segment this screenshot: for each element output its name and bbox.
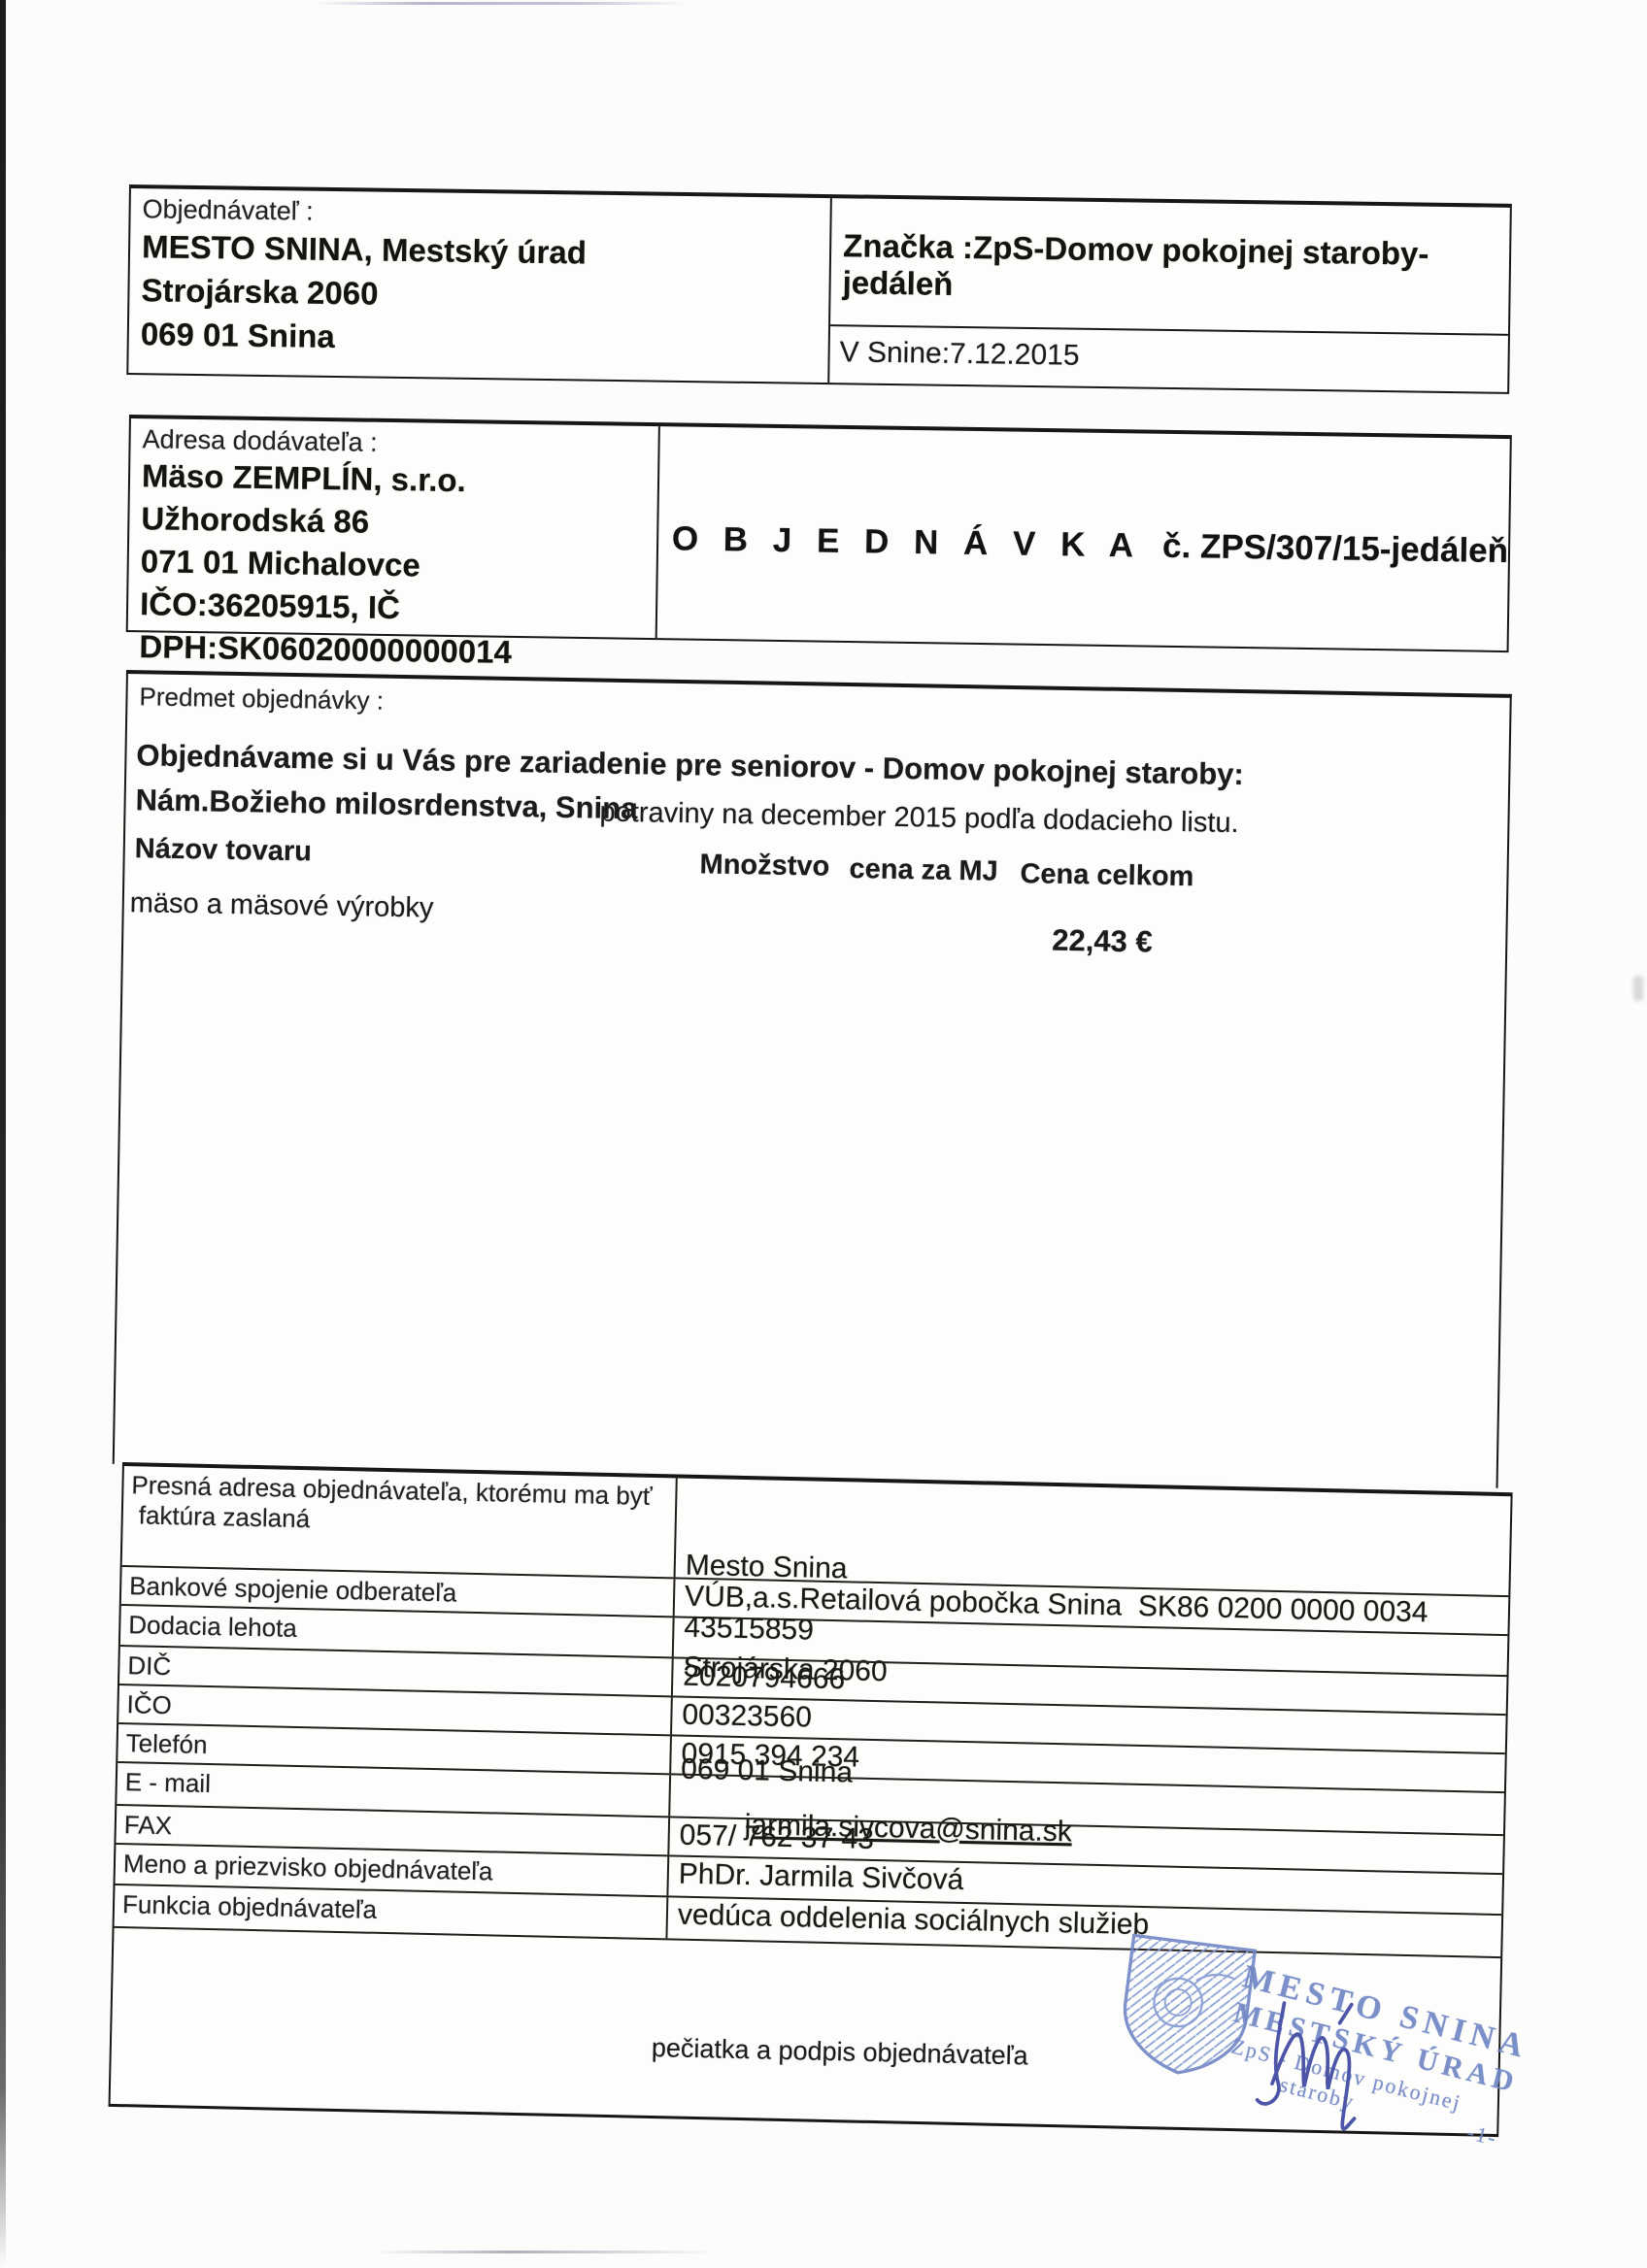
- handwritten-signature: [1244, 1987, 1373, 2146]
- column-header-unit-price: cena za MJ: [849, 853, 998, 888]
- scan-line-artifact-bottom: [375, 2251, 717, 2253]
- supplier-ids: IČO:36205915, IČ DPH:SK06020000000014: [139, 583, 644, 676]
- subject-line2-address: Nám.Božieho milosrdenstva, Snina: [135, 783, 637, 826]
- supplier-order-section: Adresa dodávateľa : Mäso ZEMPLÍN, s.r.o.…: [126, 415, 1512, 652]
- scanned-order-document: Objednávateľ : MESTO SNINA, Mestský úrad…: [0, 0, 1647, 2268]
- subject-line1: Objednávame si u Vás pre zariadenie pre …: [136, 738, 1244, 792]
- order-date: V Snine:7.12.2015: [839, 336, 1079, 371]
- item-total-price: 22,43 €: [1052, 923, 1153, 960]
- supplier-city: 071 01 Michalovce: [140, 540, 644, 590]
- supplier-street: Užhorodská 86: [141, 497, 645, 548]
- supplier-name: Mäso ZEMPLÍN, s.r.o.: [142, 454, 646, 505]
- scan-smudge-artifact: [1633, 976, 1643, 1001]
- order-number: č. ZPS/307/15-jedáleň: [1162, 527, 1509, 570]
- column-header-name: Názov tovaru: [134, 833, 312, 868]
- row-label: Presná adresa objednávateľa, ktorému ma …: [122, 1466, 676, 1577]
- buyer-reference-section: Objednávateľ : MESTO SNINA, Mestský úrad…: [126, 184, 1512, 394]
- billing-details-section: Presná adresa objednávateľa, ktorému ma …: [109, 1462, 1513, 2137]
- item-name: mäso a mäsové výrobky: [130, 887, 434, 924]
- buyer-box: Objednávateľ : MESTO SNINA, Mestský úrad…: [128, 188, 832, 383]
- column-header-total: Cena celkom: [1020, 858, 1193, 893]
- reference-box: Značka :ZpS-Domov pokojnej staroby-jedál…: [829, 198, 1510, 392]
- reference-cell: Značka :ZpS-Domov pokojnej staroby-jedál…: [830, 198, 1510, 336]
- stamp-signature-cell: pečiatka a podpis objednávateľa MESTO SN…: [111, 1928, 1501, 2134]
- buyer-city: 069 01 Snina: [141, 312, 818, 365]
- order-number-box: O B J E D N Á V K Ač. ZPS/307/15-jedáleň: [656, 426, 1509, 650]
- order-title: O B J E D N Á V K A: [672, 519, 1142, 564]
- order-subject-section: Predmet objednávky : Objednávame si u Vá…: [113, 670, 1512, 1488]
- subject-label: Predmet objednávky :: [139, 682, 384, 716]
- stamp-note-label: pečiatka a podpis objednávateľa: [652, 2033, 1028, 2071]
- scan-line-artifact-top: [313, 2, 689, 5]
- scanner-edge-artifact: [0, 0, 6, 2268]
- reference-number: Značka :ZpS-Domov pokojnej staroby-jedál…: [842, 227, 1429, 302]
- supplier-box: Adresa dodávateľa : Mäso ZEMPLÍN, s.r.o.…: [128, 418, 660, 638]
- row-value: Mesto Snina Strojárska 2060 069 01 Snina: [674, 1478, 1511, 1595]
- date-cell: V Snine:7.12.2015: [829, 326, 1508, 392]
- subject-line2-goods: potraviny na december 2015 podľa dodacie…: [599, 797, 1239, 840]
- column-header-quantity: Množstvo: [699, 849, 829, 883]
